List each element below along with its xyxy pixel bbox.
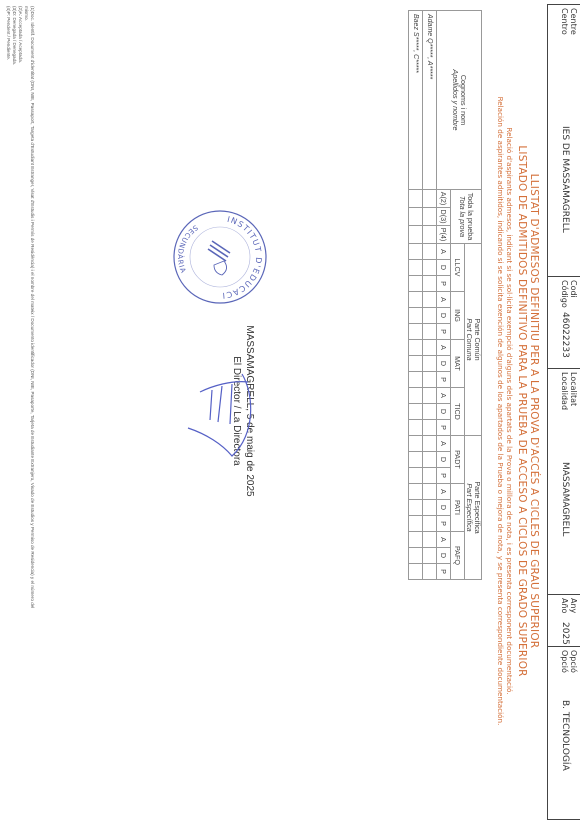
status-subheader: D [437,452,451,468]
specific-part-header: Parte EspecíficaPart Específica [465,436,482,580]
status-cell [409,226,423,244]
codi-value: 46022233 [560,312,570,358]
status-cell [409,292,423,308]
title-spanish: LISTADO DE ADMITIDOS DEFINITIVO PARA LA … [516,0,528,822]
signature-icon [186,364,262,464]
common-part-header: Parte ComúnPart Comuna [465,244,482,436]
table-row: Adame Q*****, A***** [423,11,437,580]
status-subheader: P [437,516,451,532]
document-page: CentreCentro IES DE MASSAMAGRELL CodiCód… [0,0,580,822]
subject-header: TICD [451,388,465,436]
status-cell [423,484,437,500]
status-subheader: A [437,388,451,404]
status-cell [423,226,437,244]
footnote: (3)D: Denegada / Denegada. [12,6,17,65]
status-cell [423,190,437,208]
status-cell [423,260,437,276]
status-cell [409,516,423,532]
status-cell [409,276,423,292]
centre-label: CentreCentro [560,8,578,35]
admitted-table: Cognoms i nomApellidos y nombreToda la p… [408,10,482,580]
status-cell [409,468,423,484]
subject-header: PAFQ [451,532,465,580]
status-cell [409,324,423,340]
table-row: Baez S*****, C***** [409,11,423,580]
footnote: (4)P: Pendent / Pendiente. [6,6,11,60]
status-cell [423,516,437,532]
status-subheader: P [437,324,451,340]
localitat-label: LocalitatLocalidad [560,372,578,410]
status-subheader: P [437,420,451,436]
status-cell [409,340,423,356]
status-cell [423,436,437,452]
status-cell [409,500,423,516]
status-subheader: D [437,308,451,324]
subject-header: PATI [451,484,465,532]
status-subheader: A [437,484,451,500]
whole-test-header: Toda la pruebaTota la prova [451,190,482,244]
subject-header: LLCV [451,244,465,292]
status-subheader: P [437,372,451,388]
status-cell [423,324,437,340]
status-subheader: D [437,548,451,564]
status-cell [409,260,423,276]
status-cell [423,356,437,372]
status-subheader: A [437,292,451,308]
school-stamp-icon: INSTITUT D'EDUCACIÓ SECUNDÀRIA [170,207,270,307]
subtitle-spanish: Relación de aspirantes admitidos, indica… [496,0,505,822]
status-cell [423,420,437,436]
status-cell [423,564,437,580]
status-subheader: A [437,244,451,260]
status-cell [423,208,437,226]
status-cell [423,308,437,324]
localitat-value: MASSAMAGRELL [560,462,570,536]
status-cell [409,388,423,404]
status-subheader: P(4) [437,226,451,244]
subject-header: ING [451,292,465,340]
status-cell [423,452,437,468]
any-value: 2025 [560,622,570,645]
status-cell [423,532,437,548]
status-cell [409,452,423,468]
candidate-name: Adame Q*****, A***** [423,11,437,190]
status-subheader: A [437,436,451,452]
codi-label: CodiCódigo [560,280,578,308]
status-subheader: D [437,356,451,372]
status-cell [409,436,423,452]
status-cell [409,208,423,226]
status-subheader: P [437,468,451,484]
status-cell [423,500,437,516]
status-cell [423,372,437,388]
status-subheader: D [437,500,451,516]
status-cell [423,292,437,308]
status-cell [409,420,423,436]
status-subheader: A(2) [437,190,451,208]
footnote: (1)Doc. Identif. Document d'identitat (D… [30,6,35,608]
status-cell [409,564,423,580]
status-cell [423,276,437,292]
opcio-value: B. TECNOLOGÍA [560,700,570,771]
status-cell [409,484,423,500]
status-cell [423,388,437,404]
status-subheader: P [437,276,451,292]
info-strip: CentreCentro IES DE MASSAMAGRELL CodiCód… [548,4,580,820]
any-label: AnyAño [560,598,578,613]
status-subheader: A [437,340,451,356]
subtitle-valencian: Relació d'aspirants admesos, indicant si… [505,0,514,822]
title-valencian: LLISTAT D'ADMESOS DEFINITIU PER A LA PRO… [528,0,540,822]
status-cell [409,356,423,372]
status-cell [423,244,437,260]
status-cell [409,190,423,208]
status-cell [423,548,437,564]
subject-header: PADT [451,436,465,484]
status-subheader: D [437,404,451,420]
status-cell [423,340,437,356]
centre-value: IES DE MASSAMAGRELL [560,126,570,233]
status-cell [409,548,423,564]
status-cell [409,308,423,324]
status-subheader: P [437,564,451,580]
status-cell [409,532,423,548]
status-subheader: D(3) [437,208,451,226]
status-subheader: D [437,260,451,276]
status-cell [409,372,423,388]
status-cell [409,244,423,260]
status-cell [423,468,437,484]
svg-text:SECUNDÀRIA: SECUNDÀRIA [176,223,199,275]
status-cell [409,404,423,420]
status-subheader: A [437,532,451,548]
status-cell [423,404,437,420]
footnote: mismo. [24,6,29,21]
candidate-name: Baez S*****, C***** [409,11,423,190]
subject-header: MAT [451,340,465,388]
opcio-label: OpcióOpció [560,650,578,673]
footnote: (2)A: Acceptada / Aceptada. [18,6,23,63]
name-column-header: Cognoms i nomApellidos y nombre [437,11,482,190]
